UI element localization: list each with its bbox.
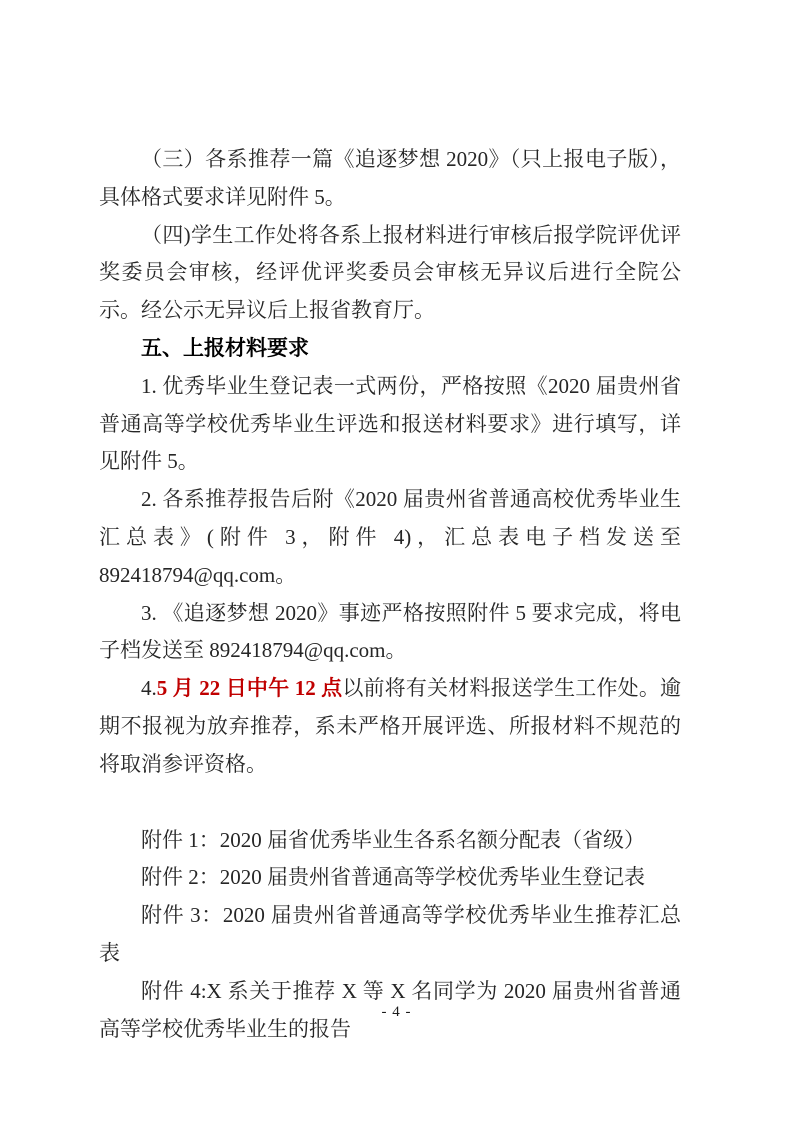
attachment-line-2: 附件 2：2020 届贵州省普通高等学校优秀毕业生登记表: [99, 859, 681, 897]
paragraph-item-three: （三）各系推荐一篇《追逐梦想 2020》（只上报电子版），具体格式要求详见附件 …: [99, 141, 681, 217]
requirement-item-2: 2. 各系推荐报告后附《2020 届贵州省普通高校优秀毕业生汇总表》(附件 3，…: [99, 481, 681, 594]
requirement-item-3: 3. 《追逐梦想 2020》事迹严格按照附件 5 要求完成，将电子档发送至 89…: [99, 595, 681, 671]
requirement-item-4: 4.5 月 22 日中午 12 点以前将有关材料报送学生工作处。逾期不报视为放弃…: [99, 670, 681, 783]
requirement-item-1: 1. 优秀毕业生登记表一式两份，严格按照《2020 届贵州省普通高等学校优秀毕业…: [99, 368, 681, 481]
document-page: （三）各系推荐一篇《追逐梦想 2020》（只上报电子版），具体格式要求详见附件 …: [0, 0, 793, 1122]
attachment-line-1: 附件 1：2020 届省优秀毕业生各系名额分配表（省级）: [99, 822, 681, 860]
section-five-heading: 五、上报材料要求: [99, 330, 681, 368]
page-number: - 4 -: [0, 1002, 793, 1022]
deadline-highlight: 5 月 22 日中午 12 点: [157, 676, 343, 700]
paragraph-item-four: （四)学生工作处将各系上报材料进行审核后报学院评优评奖委员会审核，经评优评奖委员…: [99, 217, 681, 330]
document-body: （三）各系推荐一篇《追逐梦想 2020》（只上报电子版），具体格式要求详见附件 …: [99, 141, 681, 1048]
attachment-line-3: 附件 3：2020 届贵州省普通高等学校优秀毕业生推荐汇总表: [99, 897, 681, 973]
item-4-number: 4.: [141, 676, 157, 700]
